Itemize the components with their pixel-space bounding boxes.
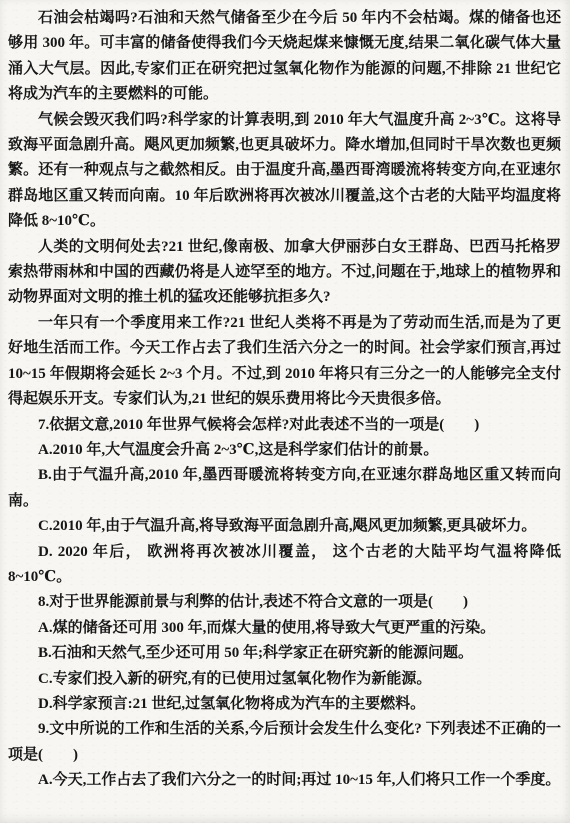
passage-paragraph-1: 石油会枯竭吗?石油和天然气储备至少在今后 50 年内不会枯竭。煤的储备也还够用 … bbox=[8, 6, 561, 108]
passage-paragraph-4: 一年只有一个季度用来工作?21 世纪人类将不再是为了劳动而生活,而是为了更好地生… bbox=[8, 311, 561, 413]
passage-paragraph-3: 人类的文明何处去?21 世纪,像南极、加拿大伊丽莎白女王群岛、巴西马托格罗索热带… bbox=[8, 235, 561, 311]
question-7-option-d: D. 2020 年后， 欧洲将再次被冰川覆盖， 这个古老的大陆平均气温将降低 8… bbox=[8, 540, 561, 591]
question-8-option-a: A.煤的储备还可用 300 年,而煤大量的使用,将导致大气更严重的污染。 bbox=[8, 616, 561, 641]
question-9-stem: 9.文中所说的工作和生活的关系,今后预计会发生什么变化? 下列表述不正确的一项是… bbox=[8, 717, 561, 768]
question-8-option-b: B.石油和天然气,至少还可用 50 年;科学家正在研究新的能源问题。 bbox=[8, 641, 561, 666]
question-7-option-c: C.2010 年,由于气温升高,将导致海平面急剧升高,飓风更加频繁,更具破坏力。 bbox=[8, 514, 561, 539]
question-7-option-b: B.由于气温升高,2010 年,墨西哥暖流将转变方向,在亚速尔群岛地区重又转而向… bbox=[8, 463, 561, 514]
question-9-option-a: A.今天,工作占去了我们六分之一的时间;再过 10~15 年,人们将只工作一个季… bbox=[8, 768, 561, 793]
exam-page: 石油会枯竭吗?石油和天然气储备至少在今后 50 年内不会枯竭。煤的储备也还够用 … bbox=[0, 0, 570, 823]
passage-paragraph-2: 气候会毁灭我们吗?科学家的计算表明,到 2010 年大气温度升高 2~3℃。这将… bbox=[8, 108, 561, 235]
question-7-option-a: A.2010 年,大气温度会升高 2~3℃,这是科学家们估计的前景。 bbox=[8, 438, 561, 463]
question-8-stem: 8.对于世界能源前景与利弊的估计,表述不符合文意的一项是( ) bbox=[8, 590, 561, 615]
scan-root: { "colors": { "paper": "#f7f6f2", "ink":… bbox=[0, 0, 570, 823]
question-8-option-d: D.科学家预言:21 世纪,过氢氧化物将成为汽车的主要燃料。 bbox=[8, 692, 561, 717]
question-8-option-c: C.专家们投入新的研究,有的已使用过氢氧化物作为新能源。 bbox=[8, 667, 561, 692]
question-7-stem: 7.依据文意,2010 年世界气候将会怎样?对此表述不当的一项是( ) bbox=[8, 413, 561, 438]
